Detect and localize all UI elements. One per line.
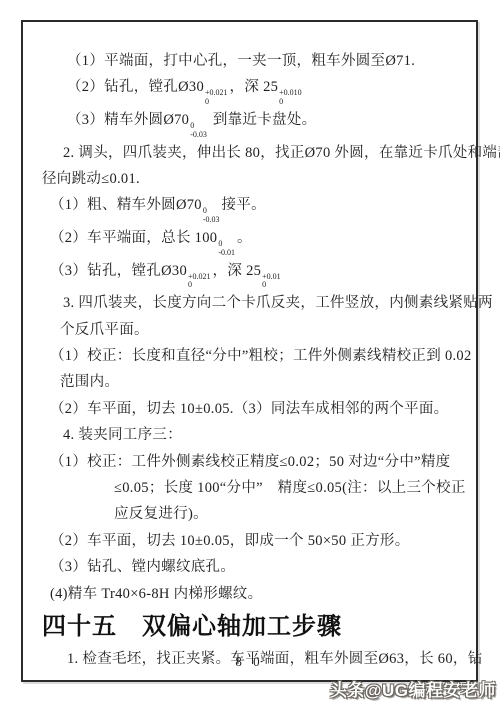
text-line: 3. 四爪装夹，长度方向二个卡爪反夹，工件竖放，内侧素线紧贴两	[63, 290, 466, 316]
tolerance-stack: +0.010	[262, 273, 281, 291]
text-line: （1）校正：工件外侧素线校正精度≤0.02；50 对边“分中”精度	[50, 449, 466, 475]
text-line: (4)精车 Tr40×6-8H 内梯形螺纹。	[50, 581, 466, 607]
text-line: （2）车平面，切去 10±0.05，即成一个 50×50 正方形。	[50, 528, 466, 554]
text-line: 应反复进行)。	[114, 501, 466, 527]
text-line: （2）钻孔，镗孔Ø30+0.0210，深 25+0.0100	[67, 74, 466, 107]
page-number: 8 0	[23, 654, 476, 670]
text-line: ≤0.05；长度 100“分中” 精度≤0.05(注：以上三个校正	[114, 475, 466, 501]
watermark-text: 头条@UG编程安老师	[330, 676, 496, 701]
text-body: （1）平端面，打中心孔，一夹一顶，粗车外圆至Ø71.（2）钻孔，镗孔Ø30+0.…	[42, 48, 466, 672]
text-line: 4. 装夹同工序三：	[63, 422, 466, 448]
text-line: （2）车平端面，总长 1000-0.01。	[50, 225, 466, 258]
text-line: 径向跳动≤0.01.	[42, 166, 466, 192]
text-line: （3）精车外圆Ø700-0.03 到靠近卡盘处。	[67, 107, 466, 140]
tolerance-stack: 0-0.03	[203, 207, 220, 225]
tolerance-stack: +0.0210	[205, 89, 228, 107]
text-line: （1）粗、精车外圆Ø700-0.03接平。	[50, 192, 466, 225]
text-line: 范围内。	[60, 369, 466, 395]
text-line: 个反爪平面。	[60, 317, 466, 343]
section-heading: 四十五 双偏心轴加工步骤	[42, 612, 466, 643]
text-line: （3）钻孔、镗内螺纹底孔。	[50, 554, 466, 580]
tolerance-stack: 0-0.01	[218, 240, 235, 258]
tolerance-stack: +0.0210	[188, 273, 211, 291]
text-line: （2）车平面，切去 10±0.05.（3）同法车成相邻的两个平面。	[50, 396, 466, 422]
text-line: （1）校正：长度和直径“分中”粗校；工件外侧素线精校正到 0.02	[50, 343, 466, 369]
text-line: （3）钻孔，镗孔Ø30+0.0210，深 25+0.010	[50, 258, 466, 291]
tolerance-stack: 0-0.03	[190, 122, 207, 140]
document-page: （1）平端面，打中心孔，一夹一顶，粗车外圆至Ø71.（2）钻孔，镗孔Ø30+0.…	[0, 0, 500, 707]
text-line: 2. 调头，四爪装夹，伸出长 80，找正Ø70 外圆，在靠近卡爪处和端部	[63, 140, 466, 166]
text-line: （1）平端面，打中心孔，一夹一顶，粗车外圆至Ø71.	[67, 48, 466, 74]
tolerance-stack: +0.0100	[279, 89, 302, 107]
page-border-frame: （1）平端面，打中心孔，一夹一顶，粗车外圆至Ø71.（2）钻孔，镗孔Ø30+0.…	[21, 20, 478, 682]
